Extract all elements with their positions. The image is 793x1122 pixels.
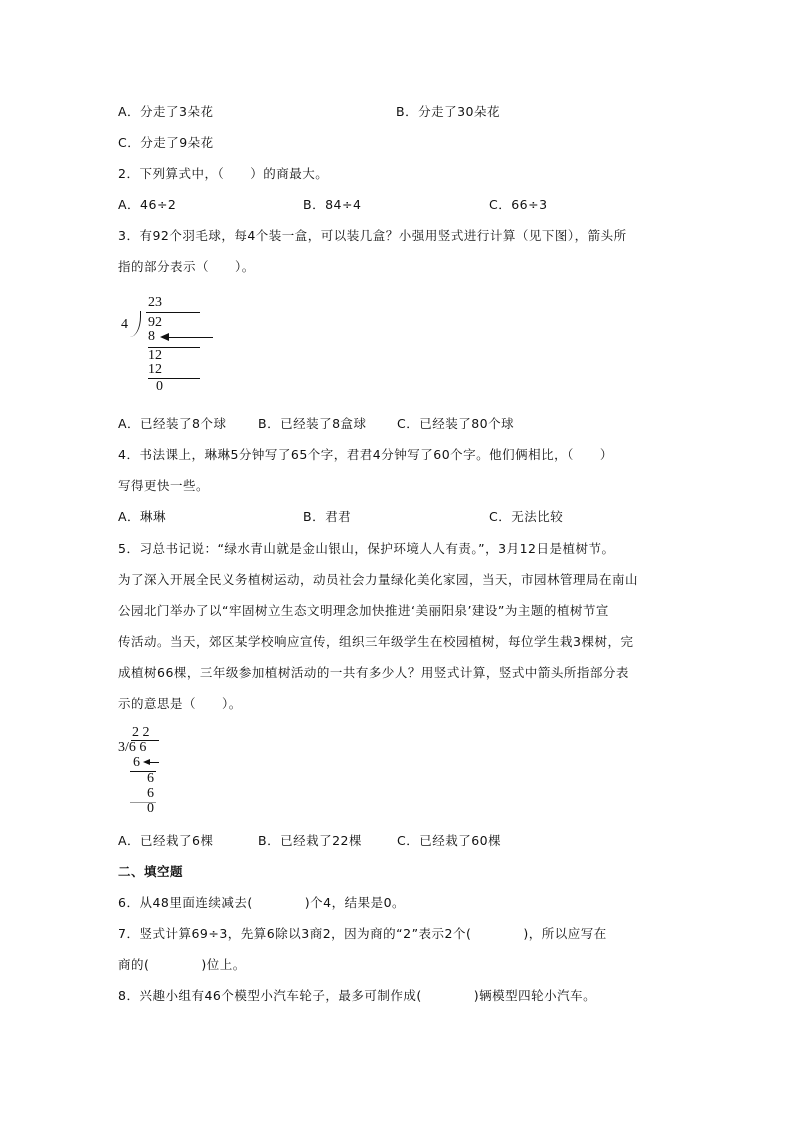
q5-long-division-diagram: 2 2 3/6 6 6 6 6 0 (118, 726, 188, 821)
q5-line-4: 传活动。当天，郊区某学校响应宣传，组织三年级学生在校园植树，每位学生栽3棵树，完 (118, 634, 633, 650)
q5-option-c: C．已经栽了60棵 (397, 833, 501, 849)
q3-step2b: 12 (148, 363, 162, 377)
q2-option-c: C．66÷3 (489, 197, 548, 213)
q5-line-3: 公园北门举办了以“牢固树立生态文明理念加快推进‘美丽阳泉’建设”为主题的植树节宣 (118, 603, 609, 619)
q3-dividend: 92 (148, 316, 162, 330)
q3-option-a: A．已经装了8个球 (118, 416, 227, 432)
q3-option-b: B．已经装了8盒球 (258, 416, 367, 432)
q3-divisor: 4 (121, 318, 128, 332)
section-title-fill-in-blank: 二、填空题 (118, 864, 183, 880)
q7-line2: 商的( )位上。 (118, 957, 246, 973)
q3-step1: 8 (148, 330, 155, 344)
q7-line1: 7．竖式计算69÷3，先算6除以3商2，因为商的“2”表示2个( )，所以应写在 (118, 926, 607, 942)
q1-option-a: A．分走了3朵花 (118, 104, 214, 120)
q3-remainder: 0 (156, 380, 163, 394)
q6-text: 6．从48里面连续减去( )个4，结果是0。 (118, 895, 405, 911)
q3-division-bracket (130, 311, 141, 337)
q3-option-c: C．已经装了80个球 (397, 416, 514, 432)
q5-remainder: 0 (147, 802, 154, 816)
q2-option-b: B．84÷4 (303, 197, 361, 213)
q5-step2a: 6 (147, 772, 154, 786)
q3-long-division-diagram: 23 4 92 8 12 12 0 (118, 296, 228, 396)
q5-option-b: B．已经栽了22棵 (258, 833, 362, 849)
q5-line-1: 5．习总书记说：“绿水青山就是金山银山，保护环境人人有责。”，3月12日是植树节… (118, 541, 615, 557)
q5-step2b: 6 (147, 787, 154, 801)
q5-line-6: 示的意思是（ ）。 (118, 696, 242, 712)
q5-quotient: 2 2 (132, 726, 150, 740)
q3-division-bar (146, 312, 200, 313)
q5-arrow-shaft (149, 762, 159, 763)
q3-stem-line2: 指的部分表示（ ）。 (118, 259, 255, 275)
q3-arrow-shaft (168, 337, 213, 338)
q4-stem-line2: 写得更快一些。 (118, 478, 209, 494)
q3-quotient: 23 (148, 296, 162, 310)
q3-stem-line1: 3．有92个羽毛球，每4个装一盒，可以装几盒？小强用竖式进行计算（见下图），箭头… (118, 228, 627, 244)
q5-option-a: A．已经栽了6棵 (118, 833, 214, 849)
q5-line-5: 成植树66棵，三年级参加植树活动的一共有多少人？用竖式计算，竖式中箭头所指部分表 (118, 665, 629, 681)
q2-stem: 2．下列算式中，（ ）的商最大。 (118, 166, 328, 182)
q4-stem-line1: 4．书法课上，琳琳5分钟写了65个字，君君4分钟写了60个字。他们俩相比，（ ） (118, 447, 613, 463)
q4-option-a: A．琳琳 (118, 509, 166, 525)
q5-step1: 6 (133, 756, 140, 770)
q2-option-a: A．46÷2 (118, 197, 176, 213)
q4-option-b: B．君君 (303, 509, 351, 525)
q3-step2a: 12 (148, 349, 162, 363)
q1-option-c: C．分走了9朵花 (118, 135, 214, 151)
q4-option-c: C．无法比较 (489, 509, 563, 525)
q1-option-b: B．分走了30朵花 (396, 104, 500, 120)
q8-text: 8．兴趣小组有46个模型小汽车轮子，最多可制作成( )辆模型四轮小汽车。 (118, 988, 596, 1004)
q5-divisor-dividend: 3/6 6 (118, 741, 146, 755)
q5-line-2: 为了深入开展全民义务植树运动，动员社会力量绿化美化家园，当天，市园林管理局在南山 (118, 572, 638, 588)
